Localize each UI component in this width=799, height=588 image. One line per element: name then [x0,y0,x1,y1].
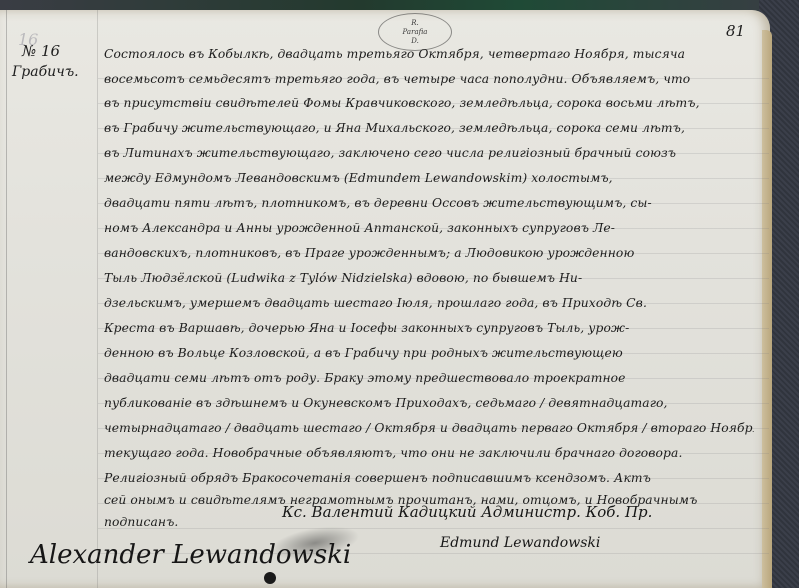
record-line: вандовскихъ, плотниковъ, въ Праге урожде… [104,246,754,260]
record-line: номъ Александра и Анны урожденной Аптанс… [104,221,754,235]
record-line: между Едмундомъ Левандовскимъ (Edmundem … [104,171,754,185]
record-line: текущаго года. Новобрачные объявляютъ, ч… [104,446,754,460]
record-line: публикованіе въ здѣшнемъ и Окуневскомъ П… [104,396,754,410]
entry-number: № 16 [22,42,60,60]
parish-stamp: R. Parafia D. [378,13,452,51]
village-name: Грабичъ. [12,64,79,80]
father-signature: Alexander Lewandowski [30,540,351,570]
record-line: двадцати семи лѣтъ отъ роду. Браку этому… [104,371,754,385]
record-line: въ присутствіи свидѣтелей Фомы Кравчиков… [104,96,754,110]
record-line: двадцати пяти лѣтъ, плотникомъ, въ дерев… [104,196,754,210]
ink-drop [264,572,276,584]
priest-signature: Кс. Валентий Кадицкий Администр. Коб. Пр… [282,503,652,521]
record-line: денною въ Вольце Козловской, а въ Грабич… [104,346,754,360]
stamp-line-1: R. [411,19,419,28]
record-line: въ Литинахъ жительствующаго, заключено с… [104,146,754,160]
record-line: Тыль Людзёлской (Ludwika z Tylów Nidziel… [104,271,754,285]
page-edge [762,30,772,588]
record-line: Креста въ Варшавѣ, дочерью Яна и Іосефы … [104,321,754,335]
record-line: четырнадцатаго / двадцать шестаго / Октя… [104,421,754,435]
record-line-last: подписанъ. [104,515,254,529]
left-margin-rule [6,10,7,588]
margin-rule [97,10,98,588]
record-line: Состоялось въ Кобылкѣ, двадцать третьяго… [104,47,754,61]
stamp-line-2: Parafia [403,28,428,37]
record-line: Религіозный обрядъ Бракосочетанія соверш… [104,471,754,485]
record-line: дзельскимъ, умершемъ двадцать шестаго Ію… [104,296,754,310]
record-line: восемьсотъ семьдесятъ третьяго года, въ … [104,72,754,86]
record-line: въ Грабичу жительствующаго, и Яна Михаль… [104,121,754,135]
groom-signature: Edmund Lewandowski [440,535,600,551]
page-number: 81 [726,22,745,40]
stamp-line-3: D. [411,37,419,46]
